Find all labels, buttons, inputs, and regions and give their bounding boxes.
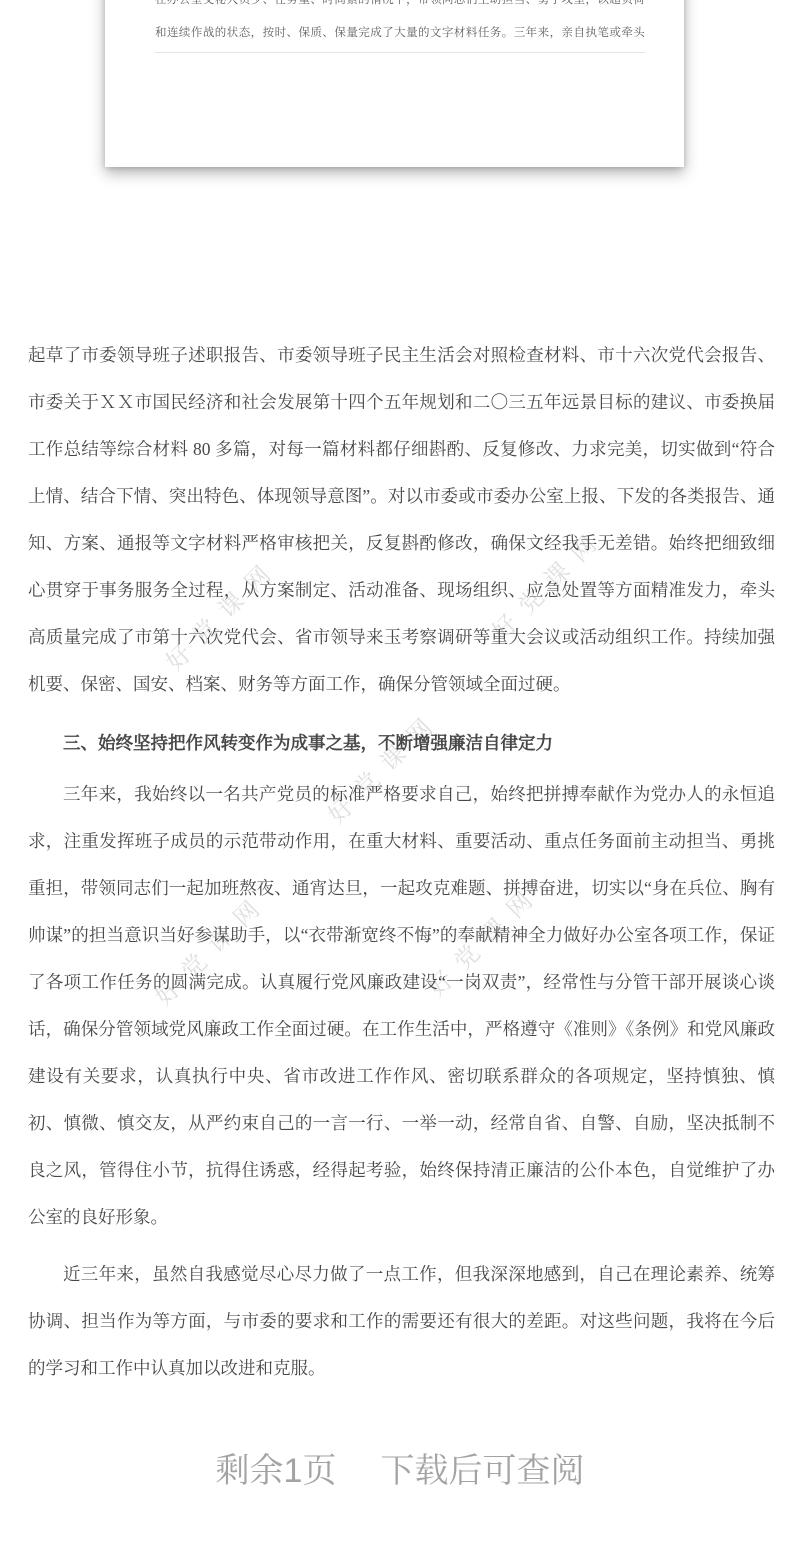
remaining-pages-label: 剩余1页: [216, 1452, 337, 1490]
preview-line: 和连续作战的状态，按时、保质、保量完成了大量的文字材料任务。三年来，亲自执笔或牵…: [155, 17, 645, 50]
download-to-view-notice[interactable]: 剩余1页下载后可查阅: [0, 1447, 800, 1495]
paragraph: 近三年来，虽然自我感觉尽心尽力做了一点工作，但我深深地感到，自己在理论素养、统筹…: [28, 1251, 775, 1392]
document-text: 起草了市委领导班子述职报告、市委领导班子民主生活会对照检查材料、市十六次党代会报…: [28, 332, 775, 1392]
preview-divider: [155, 52, 645, 53]
paragraph-continuation: 起草了市委领导班子述职报告、市委领导班子民主生活会对照检查材料、市十六次党代会报…: [28, 332, 775, 708]
paragraph: 三年来，我始终以一名共产党员的标准严格要求自己，始终把拼搏奉献作为党办人的永恒追…: [28, 771, 775, 1241]
previous-page-preview: 在办公室文秘人员少、任务重、时间紧的情况下，带领同志们主动担当、勇于攻坚，以超负…: [105, 0, 684, 167]
preview-line: 在办公室文秘人员少、任务重、时间紧的情况下，带领同志们主动担当、勇于攻坚，以超负…: [155, 0, 645, 17]
section-heading: 三、始终坚持把作风转变作为成事之基，不断增强廉洁自律定力: [28, 720, 775, 767]
download-hint-label: 下载后可查阅: [380, 1452, 584, 1490]
